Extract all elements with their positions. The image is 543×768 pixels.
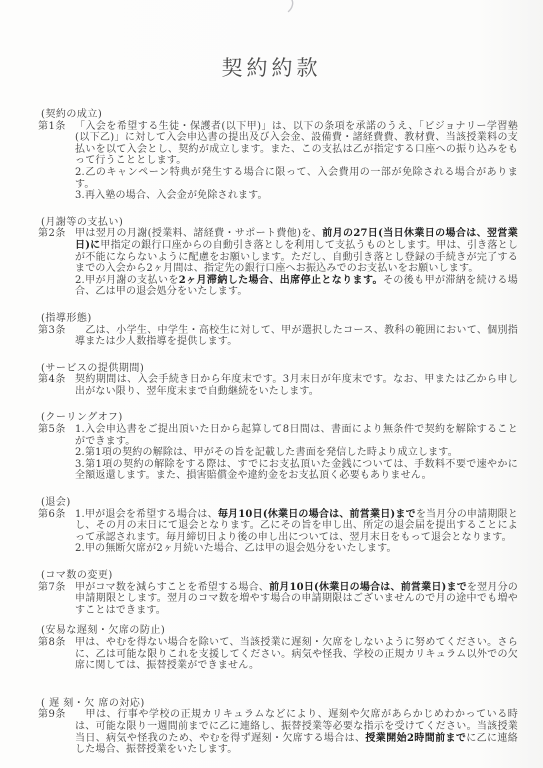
article-body: 甲は翌月の月謝(授業料、諸経費・サポート費他)を、前月の27日(当日休業日の場合… [75, 228, 518, 298]
section-heading: (月謝等の支払い) [38, 217, 518, 229]
article-row: 第4条 契約期間は、入会手続き日から年度末です。3月末日が年度末です。なお、甲ま… [38, 374, 518, 397]
paragraph: 3.第1項の契約の解除をする際は、すでにお支払頂いた金銭については、手数料不要で… [75, 459, 518, 482]
section-heading: (退会) [38, 497, 518, 509]
article-number: 第8条 [38, 637, 75, 649]
paragraph: 甲は、やむを得ない場合を除いて、当該授業に遅刻・欠席をしないように努めてください… [75, 637, 518, 672]
article-row: 第9条 甲は、行事や学校の正規カリキュラムなどにより、遅刻や欠席があらかじめわか… [38, 709, 518, 755]
body-text: 甲がコマ数を減らすことを希望する場合、 [75, 582, 269, 593]
article-number: 第6条 [38, 509, 75, 521]
body-text: 2.第1項の契約の解除は、甲がその旨を記載した書面を発信した時より成立します。 [75, 447, 458, 458]
contract-body: (契約の成立) 第1条 「入会を希望する生徒・保護者(以下甲)」は、以下の条項を… [0, 109, 543, 756]
paragraph: 2.甲の無断欠席が2ヶ月続いた場合、乙は甲の退会処分をいたします。 [75, 543, 518, 555]
body-text: 甲は翌月の月謝(授業料、諸経費・サポート費他)を、 [75, 228, 322, 239]
article-number: 第1条 [38, 121, 75, 133]
section-service-period: (サービスの提供期間) 第4条 契約期間は、入会手続き日から年度末です。3月末日… [38, 363, 518, 398]
article-number: 第9条 [38, 709, 75, 721]
article-number: 第7条 [38, 582, 75, 594]
section-withdrawal: (退会) 第6条 1.甲が退会を希望する場合は、毎月10日(休業日の場合は、前営… [38, 497, 518, 555]
section-instruction-format: (指導形態) 第3条 乙は、小学生、中学生・高校生に対して、甲が選択したコース、… [38, 313, 518, 348]
body-text: 3.再入塾の場合、入会金が免除されます。 [75, 190, 268, 201]
article-body: 1.入会申込書をご提出頂いた日から起算して8日間は、書面により無条件で契約を解除… [75, 424, 518, 482]
article-number: 第4条 [38, 374, 75, 386]
body-text: 2.甲が月謝の支払いを [75, 275, 179, 286]
paragraph: 甲は、行事や学校の正規カリキュラムなどにより、遅刻や欠席があらかじめわかっている… [75, 709, 518, 755]
paragraph: 甲がコマ数を減らすことを希望する場合、前月10日(休業日の場合は、前営業日)まで… [75, 582, 518, 617]
article-row: 第5条 1.入会申込書をご提出頂いた日から起算して8日間は、書面により無条件で契… [38, 424, 518, 482]
paragraph: 乙は、小学生、中学生・高校生に対して、甲が選択したコース、教科の範囲において、個… [75, 325, 518, 348]
article-body: 甲は、行事や学校の正規カリキュラムなどにより、遅刻や欠席があらかじめわかっている… [75, 709, 518, 755]
article-body: 契約期間は、入会手続き日から年度末です。3月末日が年度末です。なお、甲または乙か… [75, 374, 518, 397]
article-body: 「入会を希望する生徒・保護者(以下甲)」は、以下の条項を承諾のうえ、「ビジョナリ… [75, 121, 518, 202]
paragraph: 「入会を希望する生徒・保護者(以下甲)」は、以下の条項を承諾のうえ、「ビジョナリ… [75, 121, 518, 167]
body-text: 乙は、小学生、中学生・高校生に対して、甲が選択したコース、教科の範囲において、個… [75, 325, 518, 348]
body-text: 2.乙のキャンペーン特典が発生する場合に限って、入会費用の一部が免除される場合が… [75, 167, 518, 190]
article-body: 甲は、やむを得ない場合を除いて、当該授業に遅刻・欠席をしないように努めてください… [75, 637, 518, 672]
paragraph: 契約期間は、入会手続き日から年度末です。3月末日が年度末です。なお、甲または乙か… [75, 374, 518, 397]
body-text: 2.甲の無断欠席が2ヶ月続いた場合、乙は甲の退会処分をいたします。 [75, 543, 397, 554]
body-text: 契約期間は、入会手続き日から年度末です。3月末日が年度末です。なお、甲または乙か… [75, 374, 518, 397]
page-title: 契約約款 [0, 52, 543, 82]
section-heading: (クーリングオフ) [38, 412, 518, 424]
section-heading: (指導形態) [38, 313, 518, 325]
emphasized-text: 毎月10日(休業日の場合は、前営業日)まで [218, 509, 416, 520]
paragraph: 2.第1項の契約の解除は、甲がその旨を記載した書面を発信した時より成立します。 [75, 447, 518, 459]
section-heading: (安易な遅刻・欠席の防止) [38, 625, 518, 637]
section-heading: (コマ数の変更) [38, 570, 518, 582]
section-heading: (サービスの提供期間) [38, 363, 518, 375]
article-row: 第7条 甲がコマ数を減らすことを希望する場合、前月10日(休業日の場合は、前営業… [38, 582, 518, 617]
paragraph: 1.入会申込書をご提出頂いた日から起算して8日間は、書面により無条件で契約を解除… [75, 424, 518, 447]
emphasized-text: 2ヶ月滞納した場合、出席停止となります。 [179, 275, 383, 286]
body-text: 甲は、やむを得ない場合を除いて、当該授業に遅刻・欠席をしないように努めてください… [75, 637, 518, 671]
paragraph: 甲は翌月の月謝(授業料、諸経費・サポート費他)を、前月の27日(当日休業日の場合… [75, 228, 518, 274]
scanned-contract-page: 契約約款 (契約の成立) 第1条 「入会を希望する生徒・保護者(以下甲)」は、以… [0, 0, 543, 768]
section-heading: (契約の成立) [38, 109, 518, 121]
body-text: 3.第1項の契約の解除をする際は、すでにお支払頂いた金銭については、手数料不要で… [75, 459, 518, 482]
section-heading: ( 遅 刻・欠 席の対応) [38, 698, 518, 710]
article-row: 第2条 甲は翌月の月謝(授業料、諸経費・サポート費他)を、前月の27日(当日休業… [38, 228, 518, 298]
article-row: 第6条 1.甲が退会を希望する場合は、毎月10日(休業日の場合は、前営業日)まで… [38, 509, 518, 555]
body-text: 「入会を希望する生徒・保護者(以下甲)」は、以下の条項を承諾のうえ、「ビジョナリ… [75, 121, 518, 167]
article-body: 甲がコマ数を減らすことを希望する場合、前月10日(休業日の場合は、前営業日)まで… [75, 582, 518, 617]
paragraph: 1.甲が退会を希望する場合は、毎月10日(休業日の場合は、前営業日)までを当月分… [75, 509, 518, 544]
paragraph: 2.乙のキャンペーン特典が発生する場合に限って、入会費用の一部が免除される場合が… [75, 167, 518, 190]
paragraph: 2.甲が月謝の支払いを2ヶ月滞納した場合、出席停止となります。その後も甲が滞納を… [75, 275, 518, 298]
article-body: 1.甲が退会を希望する場合は、毎月10日(休業日の場合は、前営業日)までを当月分… [75, 509, 518, 555]
body-text: 1.甲が退会を希望する場合は、 [75, 509, 218, 520]
article-number: 第5条 [38, 424, 75, 436]
article-number: 第2条 [38, 228, 75, 240]
section-monthly-fee-payment: (月謝等の支払い) 第2条 甲は翌月の月謝(授業料、諸経費・サポート費他)を、前… [38, 217, 518, 298]
article-row: 第3条 乙は、小学生、中学生・高校生に対して、甲が選択したコース、教科の範囲にお… [38, 325, 518, 348]
paragraph: 3.再入塾の場合、入会金が免除されます。 [75, 190, 518, 202]
body-text: 1.入会申込書をご提出頂いた日から起算して8日間は、書面により無条件で契約を解除… [75, 424, 518, 447]
pen-scratch-artifact [284, 0, 298, 14]
article-row: 第1条 「入会を希望する生徒・保護者(以下甲)」は、以下の条項を承諾のうえ、「ビ… [38, 121, 518, 202]
emphasized-text: 前月10日(休業日の場合は、前営業日)まで [269, 582, 467, 593]
section-lateness-absence-handling: ( 遅 刻・欠 席の対応) 第9条 甲は、行事や学校の正規カリキュラムなどにより… [38, 698, 518, 756]
section-absence-prevention: (安易な遅刻・欠席の防止) 第8条 甲は、やむを得ない場合を除いて、当該授業に遅… [38, 625, 518, 671]
emphasized-text: 授業開始2時間前まで [365, 733, 466, 744]
article-body: 乙は、小学生、中学生・高校生に対して、甲が選択したコース、教科の範囲において、個… [75, 325, 518, 348]
article-row: 第8条 甲は、やむを得ない場合を除いて、当該授業に遅刻・欠席をしないように努めて… [38, 637, 518, 672]
section-lesson-count-change: (コマ数の変更) 第7条 甲がコマ数を減らすことを希望する場合、前月10日(休業… [38, 570, 518, 616]
body-text: 甲指定の銀行口座からの自動引き落としを利用して支払うものとします。甲は、引き落と… [75, 240, 518, 274]
article-number: 第3条 [38, 325, 75, 337]
section-contract-formation: (契約の成立) 第1条 「入会を希望する生徒・保護者(以下甲)」は、以下の条項を… [38, 109, 518, 202]
section-cooling-off: (クーリングオフ) 第5条 1.入会申込書をご提出頂いた日から起算して8日間は、… [38, 412, 518, 482]
